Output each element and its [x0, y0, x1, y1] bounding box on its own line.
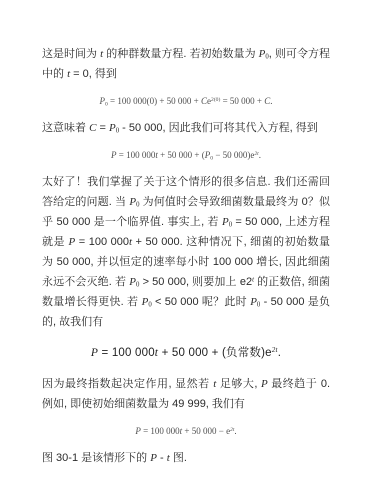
math-subscript: 0 — [265, 54, 268, 61]
math-superscript: 2(0) — [211, 97, 220, 103]
math-variable: P — [222, 216, 229, 228]
math-variable: t — [100, 48, 103, 60]
formula-initial-condition: P0 = 100 000(0) + 50 000 + Ce2(0) = 50 0… — [42, 95, 330, 107]
para-figure-reference: 图 30-1 是该情形下的 P - t 图. — [42, 448, 330, 468]
math-variable: P — [129, 276, 136, 288]
math-subscript: 0 — [116, 128, 119, 135]
math-variable: P — [111, 150, 117, 160]
math-variable: t — [155, 150, 158, 160]
math-variable: P — [91, 347, 98, 359]
math-subscript: 0 — [210, 155, 213, 161]
math-variable: P — [109, 122, 116, 134]
math-variable: C — [264, 96, 270, 106]
math-variable: t — [180, 426, 183, 436]
formula-negative-constant: P = 100 000t + 50 000 + (负常数)e2t. — [42, 345, 330, 361]
math-variable: t — [155, 347, 158, 359]
para-critical-value-discussion: 太好了！我们掌握了关于这个情形的很多信息. 我们还需回答给定的问题. 当 P0 … — [42, 172, 330, 332]
math-variable: P — [150, 452, 157, 464]
math-variable: P — [68, 236, 75, 248]
math-variable: t — [129, 236, 132, 248]
math-subscript: 0 — [148, 302, 151, 309]
math-subscript: 0 — [257, 302, 260, 309]
math-superscript: 2t — [230, 427, 234, 433]
math-subscript: 0 — [229, 222, 232, 229]
formula-general-solution: P = 100 000t + 50 000 + (P0 − 50 000)e2t… — [42, 149, 330, 161]
document-page: 这是时间为 t 的种群数量方程. 若初始数量为 P0, 则可令方程中的 t = … — [0, 0, 370, 480]
math-subscript: 0 — [105, 101, 108, 107]
math-variable: t — [213, 378, 216, 390]
math-variable: t — [67, 68, 70, 80]
formula-example-49999: P = 100 000t + 50 000 − e2t. — [42, 425, 330, 437]
document-text-body: 这是时间为 t 的种群数量方程. 若初始数量为 P0, 则可令方程中的 t = … — [42, 44, 330, 468]
math-variable: P — [250, 296, 257, 308]
math-subscript: 0 — [136, 202, 139, 209]
math-variable: C — [201, 96, 207, 106]
para-exponent-dominates: 因为最终指数起决定作用, 显然若 t 足够大, P 最终趋于 0. 例如, 即使… — [42, 374, 330, 414]
math-subscript: 0 — [136, 282, 139, 289]
para-population-equation-intro: 这是时间为 t 的种群数量方程. 若初始数量为 P0, 则可令方程中的 t = … — [42, 44, 330, 84]
math-superscript: 2t — [254, 151, 258, 157]
math-variable: P — [135, 426, 141, 436]
math-variable: C — [89, 122, 96, 134]
para-substitute-c: 这意味着 C = P0 - 50 000, 因此我们可将其代入方程, 得到 — [42, 118, 330, 138]
math-variable: P — [261, 378, 268, 390]
math-superscript: 2t — [272, 346, 278, 354]
math-variable: t — [167, 452, 170, 464]
math-superscript: t — [252, 276, 254, 283]
